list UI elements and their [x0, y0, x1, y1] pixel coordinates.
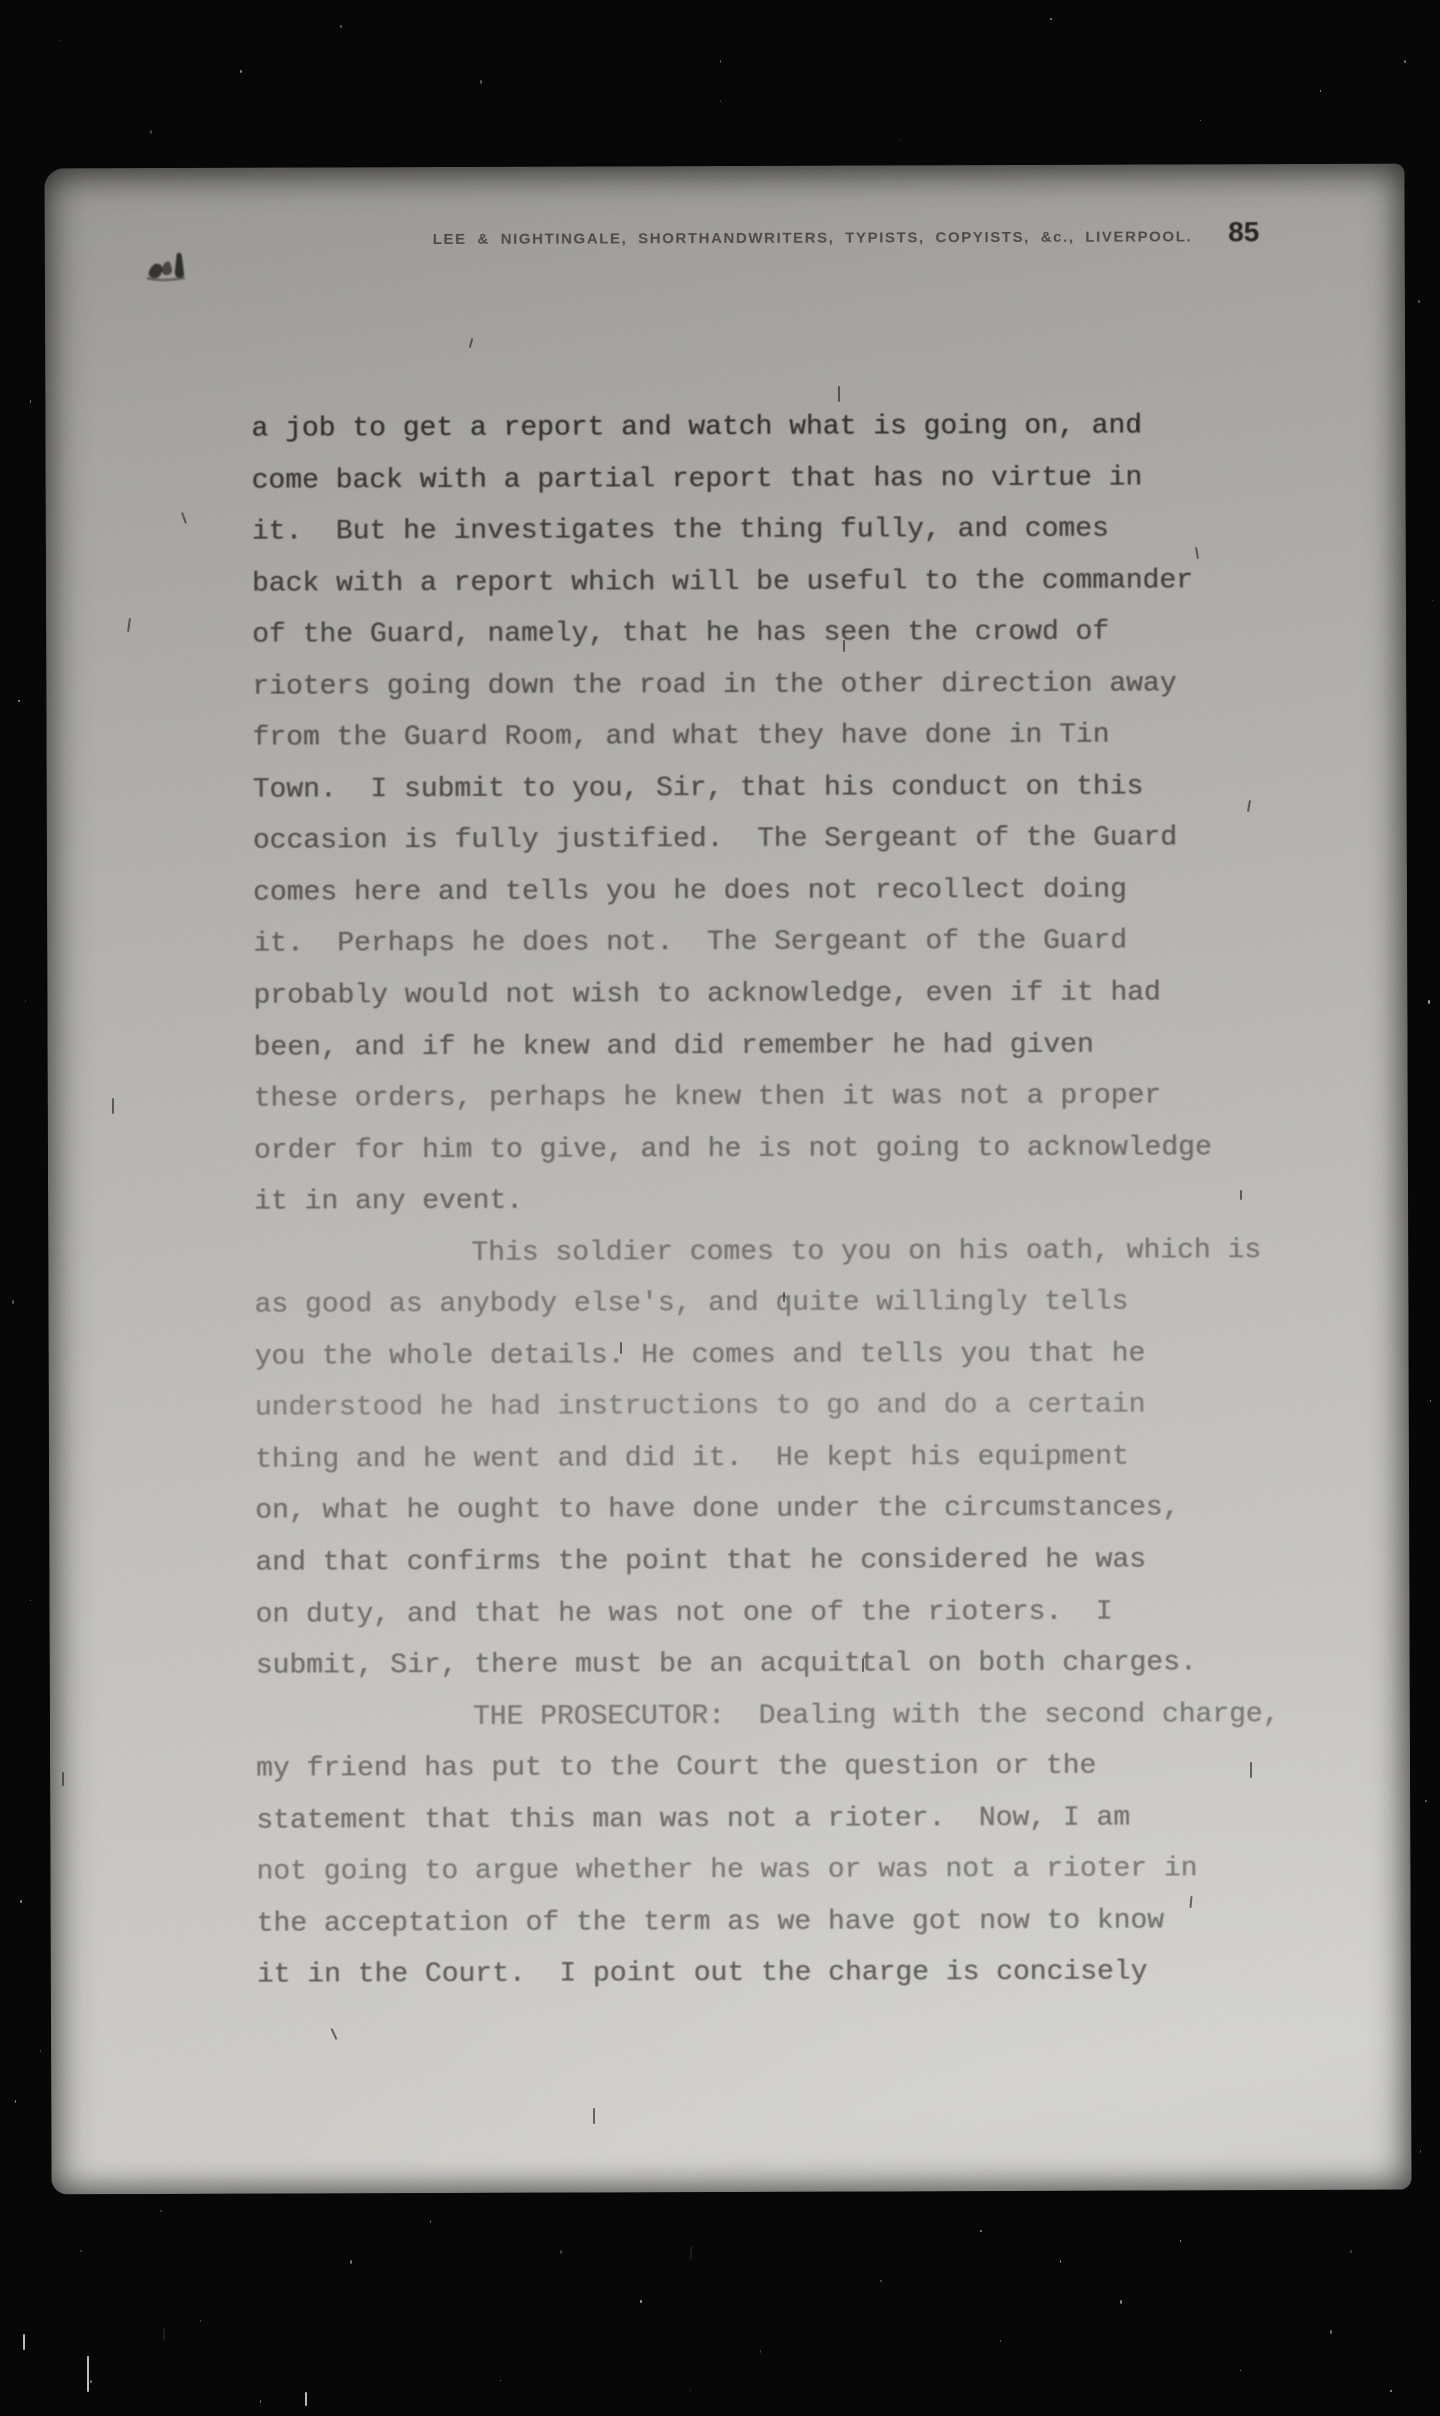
film-speck: [690, 2390, 691, 2391]
film-speck: [1428, 1000, 1430, 1004]
film-speck: [90, 2380, 92, 2383]
scan-ink-fleck: [843, 640, 845, 652]
film-speck: [980, 2230, 982, 2232]
film-speck: [340, 25, 342, 28]
film-scratch: [87, 2356, 89, 2392]
scan-ink-fleck: [862, 1658, 864, 1672]
typewritten-line: a job to get a report and watch what is …: [251, 409, 1275, 464]
scan-ink-fleck: [838, 386, 840, 402]
film-speck: [200, 2320, 201, 2322]
typewritten-line: back with a report which will be useful …: [252, 564, 1276, 619]
film-speck: [1060, 2260, 1061, 2263]
scan-ink-fleck: [689, 2246, 692, 2260]
typewritten-line: it in the Court. I point out the charge …: [257, 1955, 1281, 2010]
film-speck: [40, 2050, 41, 2052]
typewritten-line: you the whole details. He comes and tell…: [255, 1337, 1279, 1392]
film-speck: [30, 400, 31, 403]
typewritten-line: it in any event.: [254, 1182, 1278, 1237]
film-speck: [1000, 2340, 1001, 2342]
scan-ink-fleck: [62, 1772, 64, 1786]
film-speck: [350, 2260, 352, 2264]
scan-ink-fleck: [620, 1342, 622, 1354]
typewritten-line: Town. I submit to you, Sir, that his con…: [253, 770, 1277, 825]
typewritten-line: it. Perhaps he does not. The Sergeant of…: [253, 925, 1277, 980]
film-speck: [1420, 2150, 1421, 2153]
ink-stamp-mark: [143, 248, 207, 292]
typewritten-line: probably would not wish to acknowledge, …: [253, 976, 1277, 1031]
scan-ink-fleck: [783, 1292, 785, 1302]
film-speck: [20, 1900, 22, 1903]
film-speck: [240, 70, 242, 73]
film-speck: [430, 2220, 431, 2223]
typewritten-line: on, what he ought to have done under the…: [255, 1492, 1279, 1547]
film-speck: [760, 2350, 761, 2353]
typewritten-line: submit, Sir, there must be an acquittal …: [256, 1646, 1280, 1701]
typewritten-line: This soldier comes to you on his oath, w…: [254, 1234, 1278, 1289]
film-speck: [1050, 18, 1052, 20]
document-page: LEE & NIGHTINGALE, SHORTHANDWRITERS, TYP…: [44, 164, 1411, 2195]
film-scratch: [23, 2334, 25, 2350]
typewritten-line: these orders, perhaps he knew then it wa…: [254, 1079, 1278, 1134]
film-speck: [1180, 2240, 1181, 2242]
film-speck: [15, 2100, 16, 2103]
film-speck: [1240, 2370, 1241, 2371]
scan-ink-fleck: [1240, 1190, 1242, 1200]
typewritten-line: come back with a partial report that has…: [252, 461, 1276, 516]
typewritten-line: occasion is fully justified. The Sergean…: [253, 821, 1277, 876]
film-speck: [880, 2280, 882, 2282]
film-speck: [18, 700, 20, 702]
typewritten-line: the acceptation of the term as we have g…: [257, 1904, 1281, 1959]
film-speck: [480, 80, 482, 84]
typewritten-line: rioters going down the road in the other…: [252, 667, 1276, 722]
film-speck: [1425, 1800, 1427, 1802]
typewritten-line: statement that this man was not a rioter…: [256, 1801, 1280, 1856]
film-speck: [640, 2300, 642, 2303]
typewritten-line: been, and if he knew and did remember he…: [253, 1028, 1277, 1083]
typewritten-line: not going to argue whether he was or was…: [256, 1852, 1280, 1907]
typewritten-line: comes here and tells you he does not rec…: [253, 873, 1277, 928]
film-speck: [1432, 600, 1433, 601]
film-speck: [1330, 2330, 1332, 2334]
film-speck: [160, 2210, 162, 2212]
film-speck: [720, 60, 721, 63]
typewritten-line: on duty, and that he was not one of the …: [255, 1595, 1279, 1650]
typewritten-text-block: a job to get a report and watch what is …: [251, 409, 1280, 2011]
typewritten-line: thing and he went and did it. He kept hi…: [255, 1440, 1279, 1495]
typewritten-line: my friend has put to the Court the quest…: [256, 1749, 1280, 1804]
scanned-photo-backdrop: LEE & NIGHTINGALE, SHORTHANDWRITERS, TYP…: [0, 0, 1440, 2416]
scan-ink-fleck: [1250, 1762, 1252, 1778]
film-speck: [25, 1000, 26, 1002]
film-speck: [1418, 300, 1420, 303]
film-speck: [560, 2250, 562, 2254]
film-speck: [60, 40, 61, 41]
film-speck: [500, 2380, 501, 2381]
film-scratch: [305, 2392, 307, 2406]
film-speck: [1430, 1400, 1431, 1402]
typewritten-line: and that confirms the point that he cons…: [255, 1543, 1279, 1598]
typewritten-line: from the Guard Room, and what they have …: [252, 718, 1276, 773]
typewritten-line: it. But he investigates the thing fully,…: [252, 512, 1276, 567]
typewritten-line: order for him to give, and he is not goi…: [254, 1131, 1278, 1186]
scan-ink-fleck: [112, 1098, 114, 1114]
film-speck: [1390, 2390, 1392, 2392]
typewritten-line: of the Guard, namely, that he has seen t…: [252, 615, 1276, 670]
scan-ink-fleck: [163, 2328, 165, 2340]
typewritten-line: as good as anybody else's, and quite wil…: [254, 1285, 1278, 1340]
scan-ink-fleck: [593, 2108, 595, 2124]
page-number: 85: [1228, 216, 1259, 248]
film-speck: [260, 2400, 261, 2403]
film-speck: [1320, 90, 1321, 92]
film-speck: [720, 100, 721, 102]
film-speck: [80, 2250, 82, 2252]
scan-ink-fleck: [1136, 420, 1138, 430]
typewritten-line: THE PROSECUTOR: Dealing with the second …: [256, 1698, 1280, 1753]
film-speck: [1120, 2300, 1122, 2304]
film-speck: [1200, 120, 1201, 121]
letterhead-firm-line: LEE & NIGHTINGALE, SHORTHANDWRITERS, TYP…: [433, 228, 1193, 248]
film-speck: [150, 130, 152, 134]
film-speck: [1350, 2250, 1352, 2253]
film-speck: [900, 140, 901, 141]
film-speck: [1404, 60, 1406, 63]
film-speck: [30, 1600, 31, 1601]
typewritten-line: understood he had instructions to go and…: [255, 1388, 1279, 1443]
letterhead: LEE & NIGHTINGALE, SHORTHANDWRITERS, TYP…: [433, 216, 1260, 251]
film-speck: [12, 1300, 14, 1304]
